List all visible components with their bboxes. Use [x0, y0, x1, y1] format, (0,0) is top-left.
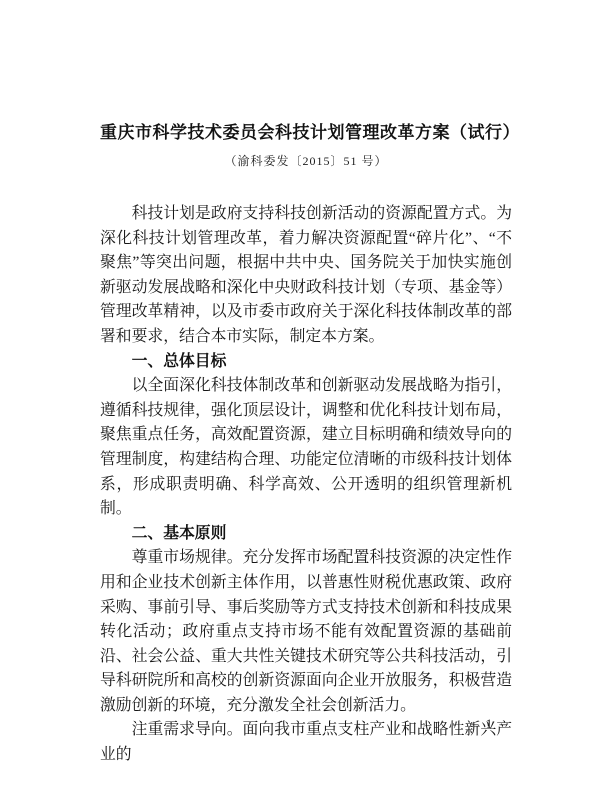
paragraph: 以全面深化科技体制改革和创新驱动发展战略为指引，遵循科技规律，强化顶层设计，调整… [100, 374, 512, 522]
paragraph: 尊重市场规律。充分发挥市场配置科技资源的决定性作用和企业技术创新主体作用，以普惠… [100, 546, 512, 718]
document-page: 重庆市科学技术委员会科技计划管理改革方案（试行） （渝科委发〔2015〕51 号… [0, 0, 612, 792]
paragraph: 科技计划是政府支持科技创新活动的资源配置方式。为深化科技计划管理改革，着力解决资… [100, 202, 512, 350]
page-number: – 1 – [472, 716, 508, 732]
section-heading-basic-principles: 二、基本原则 [100, 522, 512, 547]
section-heading-overall-goal: 一、总体目标 [100, 350, 512, 375]
paragraph: 注重需求导向。面向我市重点支柱产业和战略性新兴产业的 [100, 718, 512, 767]
document-title: 重庆市科学技术委员会科技计划管理改革方案（试行） [100, 122, 512, 144]
document-body: 科技计划是政府支持科技创新活动的资源配置方式。为深化科技计划管理改革，着力解决资… [100, 202, 512, 768]
document-number: （渝科委发〔2015〕51 号） [100, 153, 512, 169]
